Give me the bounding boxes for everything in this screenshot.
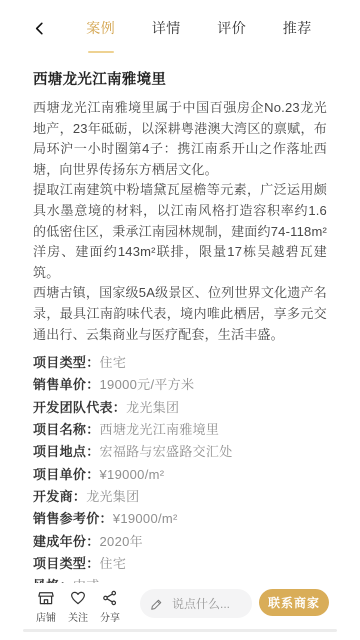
detail-value: 住宅 xyxy=(100,355,127,370)
detail-value: ¥19000/m² xyxy=(100,467,165,482)
heart-icon xyxy=(69,589,87,607)
detail-value: 西塘龙光江南雅境里 xyxy=(100,422,220,437)
home-indicator xyxy=(23,629,337,632)
detail-value: 住宅 xyxy=(100,556,127,571)
detail-label: 项目类型： xyxy=(33,556,100,571)
article-content: 西塘龙光江南雅境里 西塘龙光江南雅境里属于中国百强房企No.23龙光地产，23年… xyxy=(0,68,360,640)
detail-row: 项目类型：住宅 xyxy=(33,553,327,575)
detail-row: 销售单价：19000元/平方米 xyxy=(33,374,327,396)
paragraph-architecture: 提取江南建筑中粉墙黛瓦屋檐等元素，广泛运用颇具水墨意境的材料，以江南风格打造容积… xyxy=(33,180,327,283)
tab-recommend[interactable]: 推荐 xyxy=(283,12,312,44)
shop-label: 店铺 xyxy=(36,609,56,624)
detail-value: 宏福路与宏盛路交汇处 xyxy=(100,444,233,459)
detail-row: 项目单价：¥19000/m² xyxy=(33,464,327,486)
chevron-left-icon xyxy=(32,21,47,36)
detail-row: 销售参考价：¥19000/m² xyxy=(33,508,327,530)
detail-row: 项目名称：西塘龙光江南雅境里 xyxy=(33,419,327,441)
back-button[interactable] xyxy=(32,17,54,39)
detail-label: 开发团队代表： xyxy=(33,400,126,415)
top-tab-bar: 案例 详情 评价 推荐 xyxy=(0,0,360,56)
detail-label: 建成年份： xyxy=(33,534,100,549)
detail-label: 项目单价： xyxy=(33,467,100,482)
bottom-action-bar: 店铺 关注 分享 xyxy=(0,583,360,640)
share-button[interactable]: 分享 xyxy=(94,589,126,624)
detail-row: 项目地点：宏福路与宏盛路交汇处 xyxy=(33,441,327,463)
detail-value: 2020年 xyxy=(100,534,143,549)
detail-label: 销售参考价： xyxy=(33,511,113,526)
paragraph-location: 西塘古镇，国家级5A级景区、位列世界文化遗产名录，最具江南韵味代表，境内唯此栖居… xyxy=(33,283,327,345)
detail-label: 项目名称： xyxy=(33,422,100,437)
detail-label: 销售单价： xyxy=(33,377,100,392)
detail-row: 项目类型：住宅 xyxy=(33,352,327,374)
pencil-icon xyxy=(150,597,164,611)
detail-value: 龙光集团 xyxy=(126,400,179,415)
share-icon xyxy=(101,589,119,607)
page-title: 西塘龙光江南雅境里 xyxy=(33,68,327,89)
detail-value: ¥19000/m² xyxy=(113,511,178,526)
detail-value: 龙光集团 xyxy=(86,489,139,504)
comment-input-pill[interactable] xyxy=(140,589,252,618)
comment-input[interactable] xyxy=(172,597,252,611)
detail-label: 项目地点： xyxy=(33,444,100,459)
detail-label: 开发商： xyxy=(33,489,86,504)
follow-button[interactable]: 关注 xyxy=(62,589,94,624)
paragraph-intro: 西塘龙光江南雅境里属于中国百强房企No.23龙光地产，23年砥砺，以深耕粤港澳大… xyxy=(33,98,327,180)
detail-row: 开发团队代表：龙光集团 xyxy=(33,397,327,419)
detail-row: 建成年份：2020年 xyxy=(33,531,327,553)
tab-details[interactable]: 详情 xyxy=(152,12,181,44)
detail-value: 19000元/平方米 xyxy=(100,377,195,392)
share-label: 分享 xyxy=(100,609,120,624)
tab-list: 案例 详情 评价 推荐 xyxy=(68,12,330,44)
detail-row: 开发商：龙光集团 xyxy=(33,486,327,508)
shop-button[interactable]: 店铺 xyxy=(30,589,62,624)
app-screen: 案例 详情 评价 推荐 西塘龙光江南雅境里 西塘龙光江南雅境里属于中国百强房企N… xyxy=(0,0,360,640)
contact-merchant-button[interactable]: 联系商家 xyxy=(259,589,329,616)
tab-cases[interactable]: 案例 xyxy=(86,12,115,44)
storefront-icon xyxy=(37,589,55,607)
follow-label: 关注 xyxy=(68,609,88,624)
detail-label: 项目类型： xyxy=(33,355,100,370)
tab-reviews[interactable]: 评价 xyxy=(217,12,246,44)
